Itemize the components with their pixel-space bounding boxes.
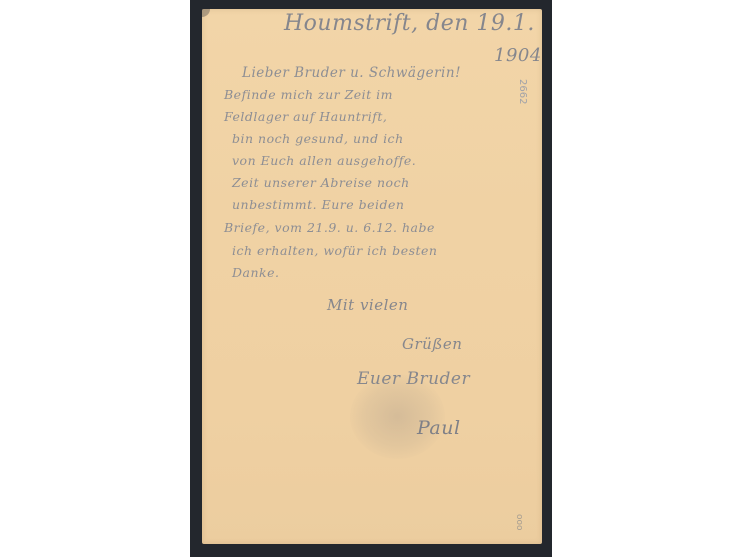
- body-line: bin noch gesund, und ich: [232, 131, 404, 146]
- body-line: unbestimmt. Eure beiden: [232, 197, 404, 212]
- signature: Paul: [417, 417, 461, 439]
- closing-line-3: Euer Bruder: [357, 369, 470, 389]
- body-line: Danke.: [232, 265, 279, 280]
- postcard: Houmstrift, den 19.1. 1904 2662 Lieber B…: [202, 9, 542, 544]
- corner-mark: ooo: [514, 514, 524, 531]
- body-line: von Euch allen ausgehoffe.: [232, 153, 416, 168]
- body-line: Briefe, vom 21.9. u. 6.12. habe: [224, 220, 435, 235]
- body-line: Zeit unserer Abreise noch: [232, 175, 410, 190]
- closing-line-2: Grüßen: [402, 335, 462, 353]
- closing-line-1: Mit vielen: [327, 296, 408, 314]
- body-line: Feldlager auf Hauntrift,: [224, 109, 387, 124]
- side-note: 2662: [517, 79, 528, 104]
- salutation: Lieber Bruder u. Schwägerin!: [242, 65, 461, 81]
- year: 1904: [494, 45, 542, 66]
- body-line: Befinde mich zur Zeit im: [224, 87, 393, 102]
- body-line: ich erhalten, wofür ich besten: [232, 243, 437, 258]
- place-date: Houmstrift, den 19.1.: [284, 11, 535, 36]
